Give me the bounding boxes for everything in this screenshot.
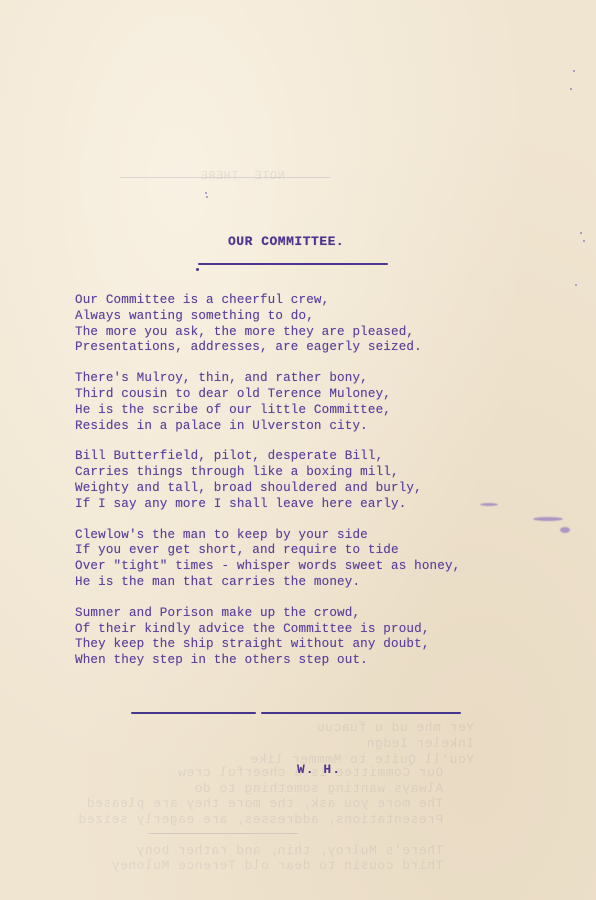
title-underline — [198, 263, 388, 265]
show-through-text: NOTE THERE — [200, 168, 285, 184]
poem-line: There's Mulroy, thin, and rather bony, — [75, 371, 460, 387]
poem-line: Of their kindly advice the Committee is … — [75, 622, 460, 638]
poem-line: They keep the ship straight without any … — [75, 637, 460, 653]
ink-speck — [573, 70, 575, 72]
ink-speck — [580, 232, 582, 234]
stanza-3: Bill Butterfield, pilot, desperate Bill,… — [75, 449, 460, 512]
poem-line: Sumner and Porison make up the crowd, — [75, 606, 460, 622]
closing-rule-left — [131, 712, 256, 714]
stanza-2: There's Mulroy, thin, and rather bony, T… — [75, 371, 460, 434]
stanza-1: Our Committee is a cheerful crew, Always… — [75, 293, 460, 356]
ink-speck — [205, 192, 207, 194]
show-through-text: Our Committee is a cheerful crew Always … — [78, 765, 443, 874]
show-through-rule — [120, 177, 330, 178]
poem-line: He is the scribe of our little Committee… — [75, 403, 460, 419]
poem-line: Resides in a palace in Ulverston city. — [75, 419, 460, 435]
ink-smudge — [533, 517, 563, 521]
poem-line: Weighty and tall, broad shouldered and b… — [75, 481, 460, 497]
poem-line: The more you ask, the more they are plea… — [75, 325, 460, 341]
ink-dot — [196, 268, 199, 271]
stanza-5: Sumner and Porison make up the crowd, Of… — [75, 606, 460, 669]
poem-line: If I say any more I shall leave here ear… — [75, 497, 460, 513]
poem-line: Clewlow's the man to keep by your side — [75, 528, 460, 544]
poem-line: Bill Butterfield, pilot, desperate Bill, — [75, 449, 460, 465]
poem-body: Our Committee is a cheerful crew, Always… — [75, 293, 460, 684]
show-through-text: Yer mhe ud u fuacuu Inkeler Iedgn You'll… — [250, 720, 474, 768]
poem-line: If you ever get short, and require to ti… — [75, 543, 460, 559]
poem-line: Presentations, addresses, are eagerly se… — [75, 340, 460, 356]
poem-line: He is the man that carries the money. — [75, 575, 460, 591]
poem-line: When they step in the others step out. — [75, 653, 460, 669]
closing-rule-right — [261, 712, 461, 714]
show-through-rule — [148, 833, 298, 834]
typewritten-page: NOTE THERE Yer mhe ud u fuacuu Inkeler I… — [0, 0, 596, 900]
poem-title: OUR COMMITTEE. — [228, 234, 344, 249]
poem-line: Our Committee is a cheerful crew, — [75, 293, 460, 309]
ink-speck — [575, 284, 577, 286]
signature-initials: W. H. — [297, 762, 341, 777]
poem-line: Carries things through like a boxing mil… — [75, 465, 460, 481]
ink-smudge — [480, 503, 498, 506]
ink-speck — [206, 196, 208, 198]
poem-line: Third cousin to dear old Terence Muloney… — [75, 387, 460, 403]
ink-speck — [583, 240, 585, 242]
poem-line: Always wanting something to do, — [75, 309, 460, 325]
ink-speck — [570, 88, 572, 90]
ink-smudge — [560, 527, 570, 533]
poem-line: Over "tight" times - whisper words sweet… — [75, 559, 460, 575]
stanza-4: Clewlow's the man to keep by your side I… — [75, 528, 460, 591]
